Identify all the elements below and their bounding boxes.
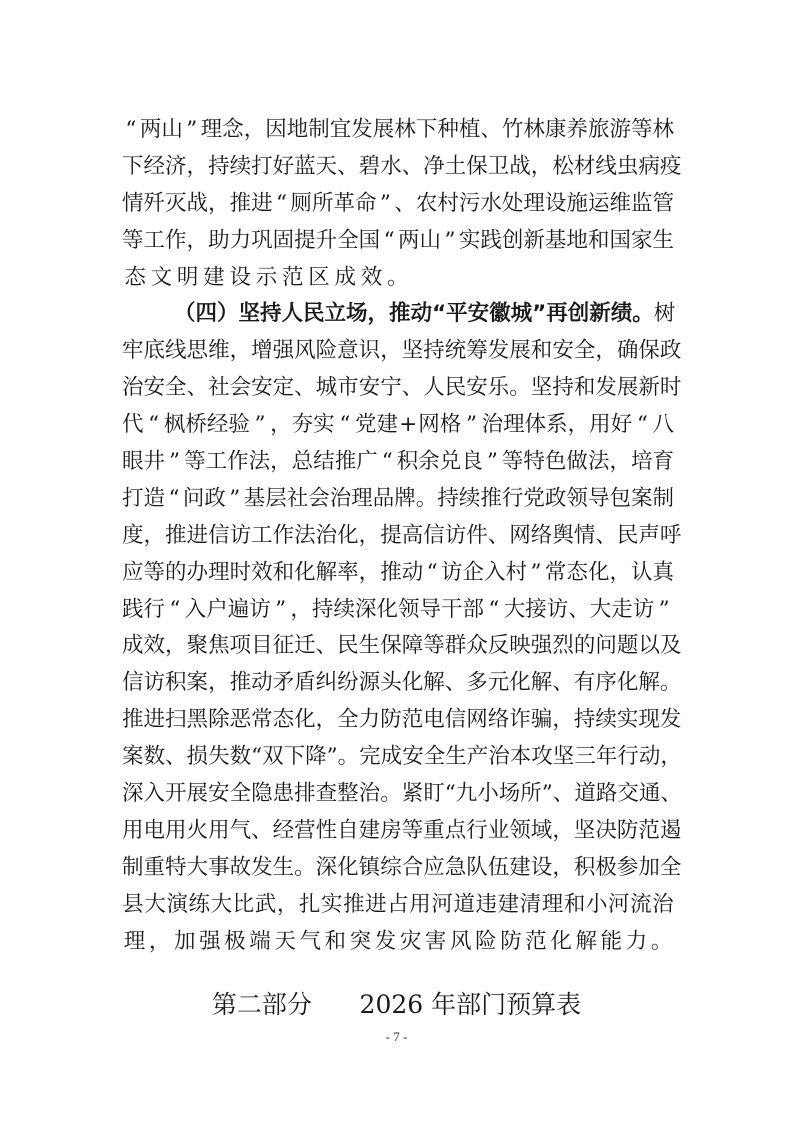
text-line: 牢底线思维，增强风险意识，坚持统筹发展和安全，确保政 bbox=[122, 333, 674, 370]
text-line: 制重特大事故发生。深化镇综合应急队伍建设，积极参加全 bbox=[122, 850, 674, 887]
section-heading-line: （四）坚持人民立场，推动“平安徽城”再创新绩。 树 bbox=[122, 296, 674, 333]
text-line: 态文明建设示范区成效。 bbox=[122, 260, 674, 297]
page-number: - 7 - bbox=[0, 1028, 793, 1046]
text-line: 等工作，助力巩固提升全国“两山”实践创新基地和国家生 bbox=[122, 223, 674, 260]
text-line: 度，推进信访工作法治化，提高信访件、网络舆情、民声呼 bbox=[122, 518, 674, 555]
text-line: 信访积案，推动矛盾纠纷源头化解、多元化解、有序化解。 bbox=[122, 665, 674, 702]
text-line: 推进扫黑除恶常态化，全力防范电信网络诈骗，持续实现发 bbox=[122, 702, 674, 739]
text-line: 情歼灭战，推进“厕所革命”、农村污水处理设施运维监管 bbox=[122, 186, 674, 223]
text-line: 代“枫桥经验”，夯实“党建+网格”治理体系，用好“八 bbox=[122, 407, 674, 444]
text-line: 践行“入户遍访”，持续深化领导干部“大接访、大走访” bbox=[122, 592, 674, 629]
body-text: “两山”理念，因地制宜发展林下种植、竹林康养旅游等林 下经济，持续打好蓝天、碧水… bbox=[122, 112, 674, 960]
text-line: 下经济，持续打好蓝天、碧水、净土保卫战，松材线虫病疫 bbox=[122, 149, 674, 186]
heading-line-tail: 树 bbox=[654, 296, 676, 333]
text-line: “两山”理念，因地制宜发展林下种植、竹林康养旅游等林 bbox=[122, 112, 674, 149]
section-heading: （四）坚持人民立场，推动“平安徽城”再创新绩。 bbox=[174, 296, 654, 333]
text-line: 用电用火用气、经营性自建房等重点行业领域，坚决防范遏 bbox=[122, 813, 674, 850]
text-line: 打造“问政”基层社会治理品牌。持续推行党政领导包案制 bbox=[122, 481, 674, 518]
document-page: “两山”理念，因地制宜发展林下种植、竹林康养旅游等林 下经济，持续打好蓝天、碧水… bbox=[0, 0, 793, 1122]
text-line: 理，加强极端天气和突发灾害风险防范化解能力。 bbox=[122, 924, 674, 961]
text-line: 应等的办理时效和化解率，推动“访企入村”常态化，认真 bbox=[122, 555, 674, 592]
text-line: 治安全、社会安定、城市安宁、人民安乐。坚持和发展新时 bbox=[122, 370, 674, 407]
text-line: 深入开展安全隐患排查整治。紧盯“九小场所”、道路交通、 bbox=[122, 776, 674, 813]
text-line: 成效，聚焦项目征迁、民生保障等群众反映强烈的问题以及 bbox=[122, 628, 674, 665]
text-line: 县大演练大比武，扎实推进占用河道违建清理和小河流治 bbox=[122, 887, 674, 924]
text-line: 案数、损失数“双下降”。完成安全生产治本攻坚三年行动， bbox=[122, 739, 674, 776]
part-title: 第二部分 2026 年部门预算表 bbox=[0, 988, 793, 1022]
text-line: 眼井”等工作法，总结推广“积余兑良”等特色做法，培育 bbox=[122, 444, 674, 481]
